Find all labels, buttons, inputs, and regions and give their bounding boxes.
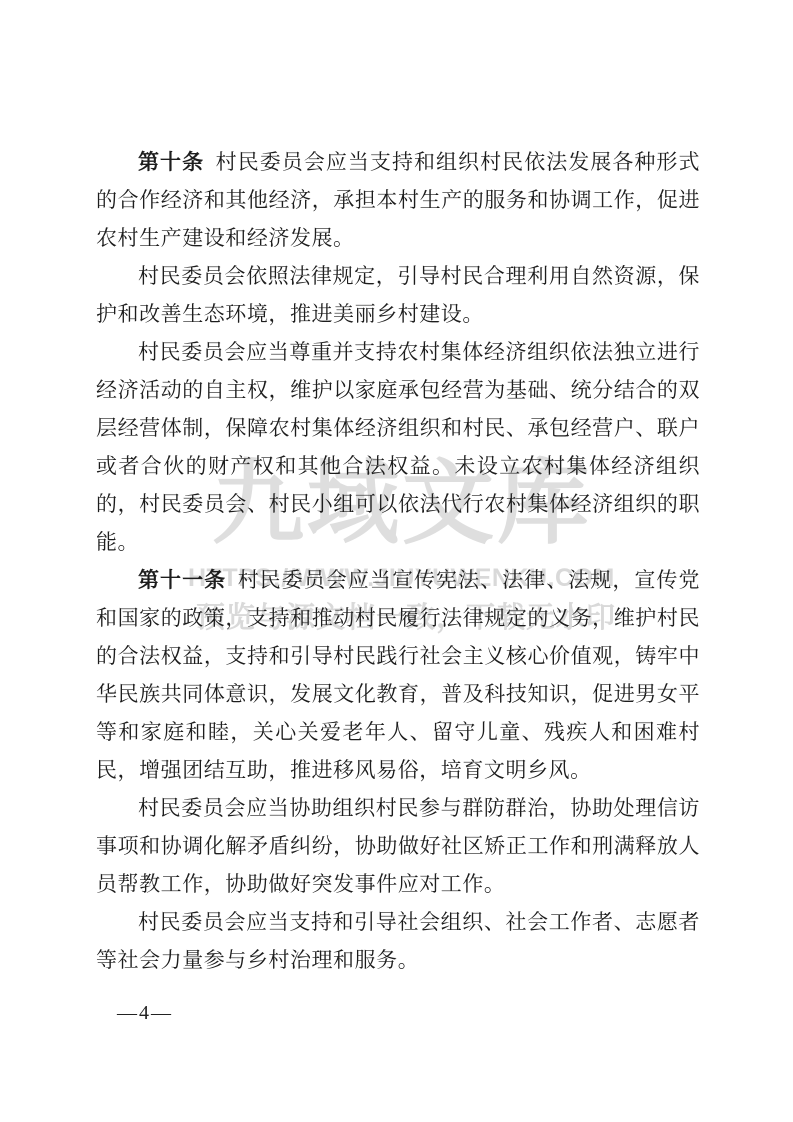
paragraph-article-10: 第十条村民委员会应当支持和组织村民依法发展各种形式的合作经济和其他经济，承担本村… [96, 143, 700, 257]
paragraph-social-forces-text: 村民委员会应当支持和引导社会组织、社会工作者、志愿者等社会力量参与乡村治理和服务… [96, 910, 700, 972]
article-11-label: 第十一条 [138, 568, 226, 592]
paragraph-collective-economy: 村民委员会应当尊重并支持农村集体经济组织依法独立进行经济活动的自主权，维护以家庭… [96, 333, 700, 561]
paragraph-public-security-text: 村民委员会应当协助组织村民参与群防群治，协助处理信访事项和协调化解矛盾纠纷，协助… [96, 796, 700, 896]
paragraph-social-forces: 村民委员会应当支持和引导社会组织、社会工作者、志愿者等社会力量参与乡村治理和服务… [96, 903, 700, 979]
paragraph-natural-resources-text: 村民委员会依照法律规定，引导村民合理利用自然资源，保护和改善生态环境，推进美丽乡… [96, 264, 700, 326]
document-page: 九域文库 HTTPS://WWW.JIUYUWENKU.COM 预览与源文档一致… [0, 0, 793, 1122]
paragraph-natural-resources: 村民委员会依照法律规定，引导村民合理利用自然资源，保护和改善生态环境，推进美丽乡… [96, 257, 700, 333]
paragraph-public-security: 村民委员会应当协助组织村民参与群防群治，协助处理信访事项和协调化解矛盾纠纷，协助… [96, 789, 700, 903]
page-number: —4— [117, 999, 173, 1027]
paragraph-article-11: 第十一条村民委员会应当宣传宪法、法律、法规，宣传党和国家的政策，支持和推动村民履… [96, 561, 700, 789]
document-body: 第十条村民委员会应当支持和组织村民依法发展各种形式的合作经济和其他经济，承担本村… [96, 143, 700, 979]
paragraph-collective-economy-text: 村民委员会应当尊重并支持农村集体经济组织依法独立进行经济活动的自主权，维护以家庭… [96, 340, 700, 554]
article-11-text: 村民委员会应当宣传宪法、法律、法规，宣传党和国家的政策，支持和推动村民履行法律规… [96, 568, 700, 782]
article-10-label: 第十条 [138, 150, 204, 174]
